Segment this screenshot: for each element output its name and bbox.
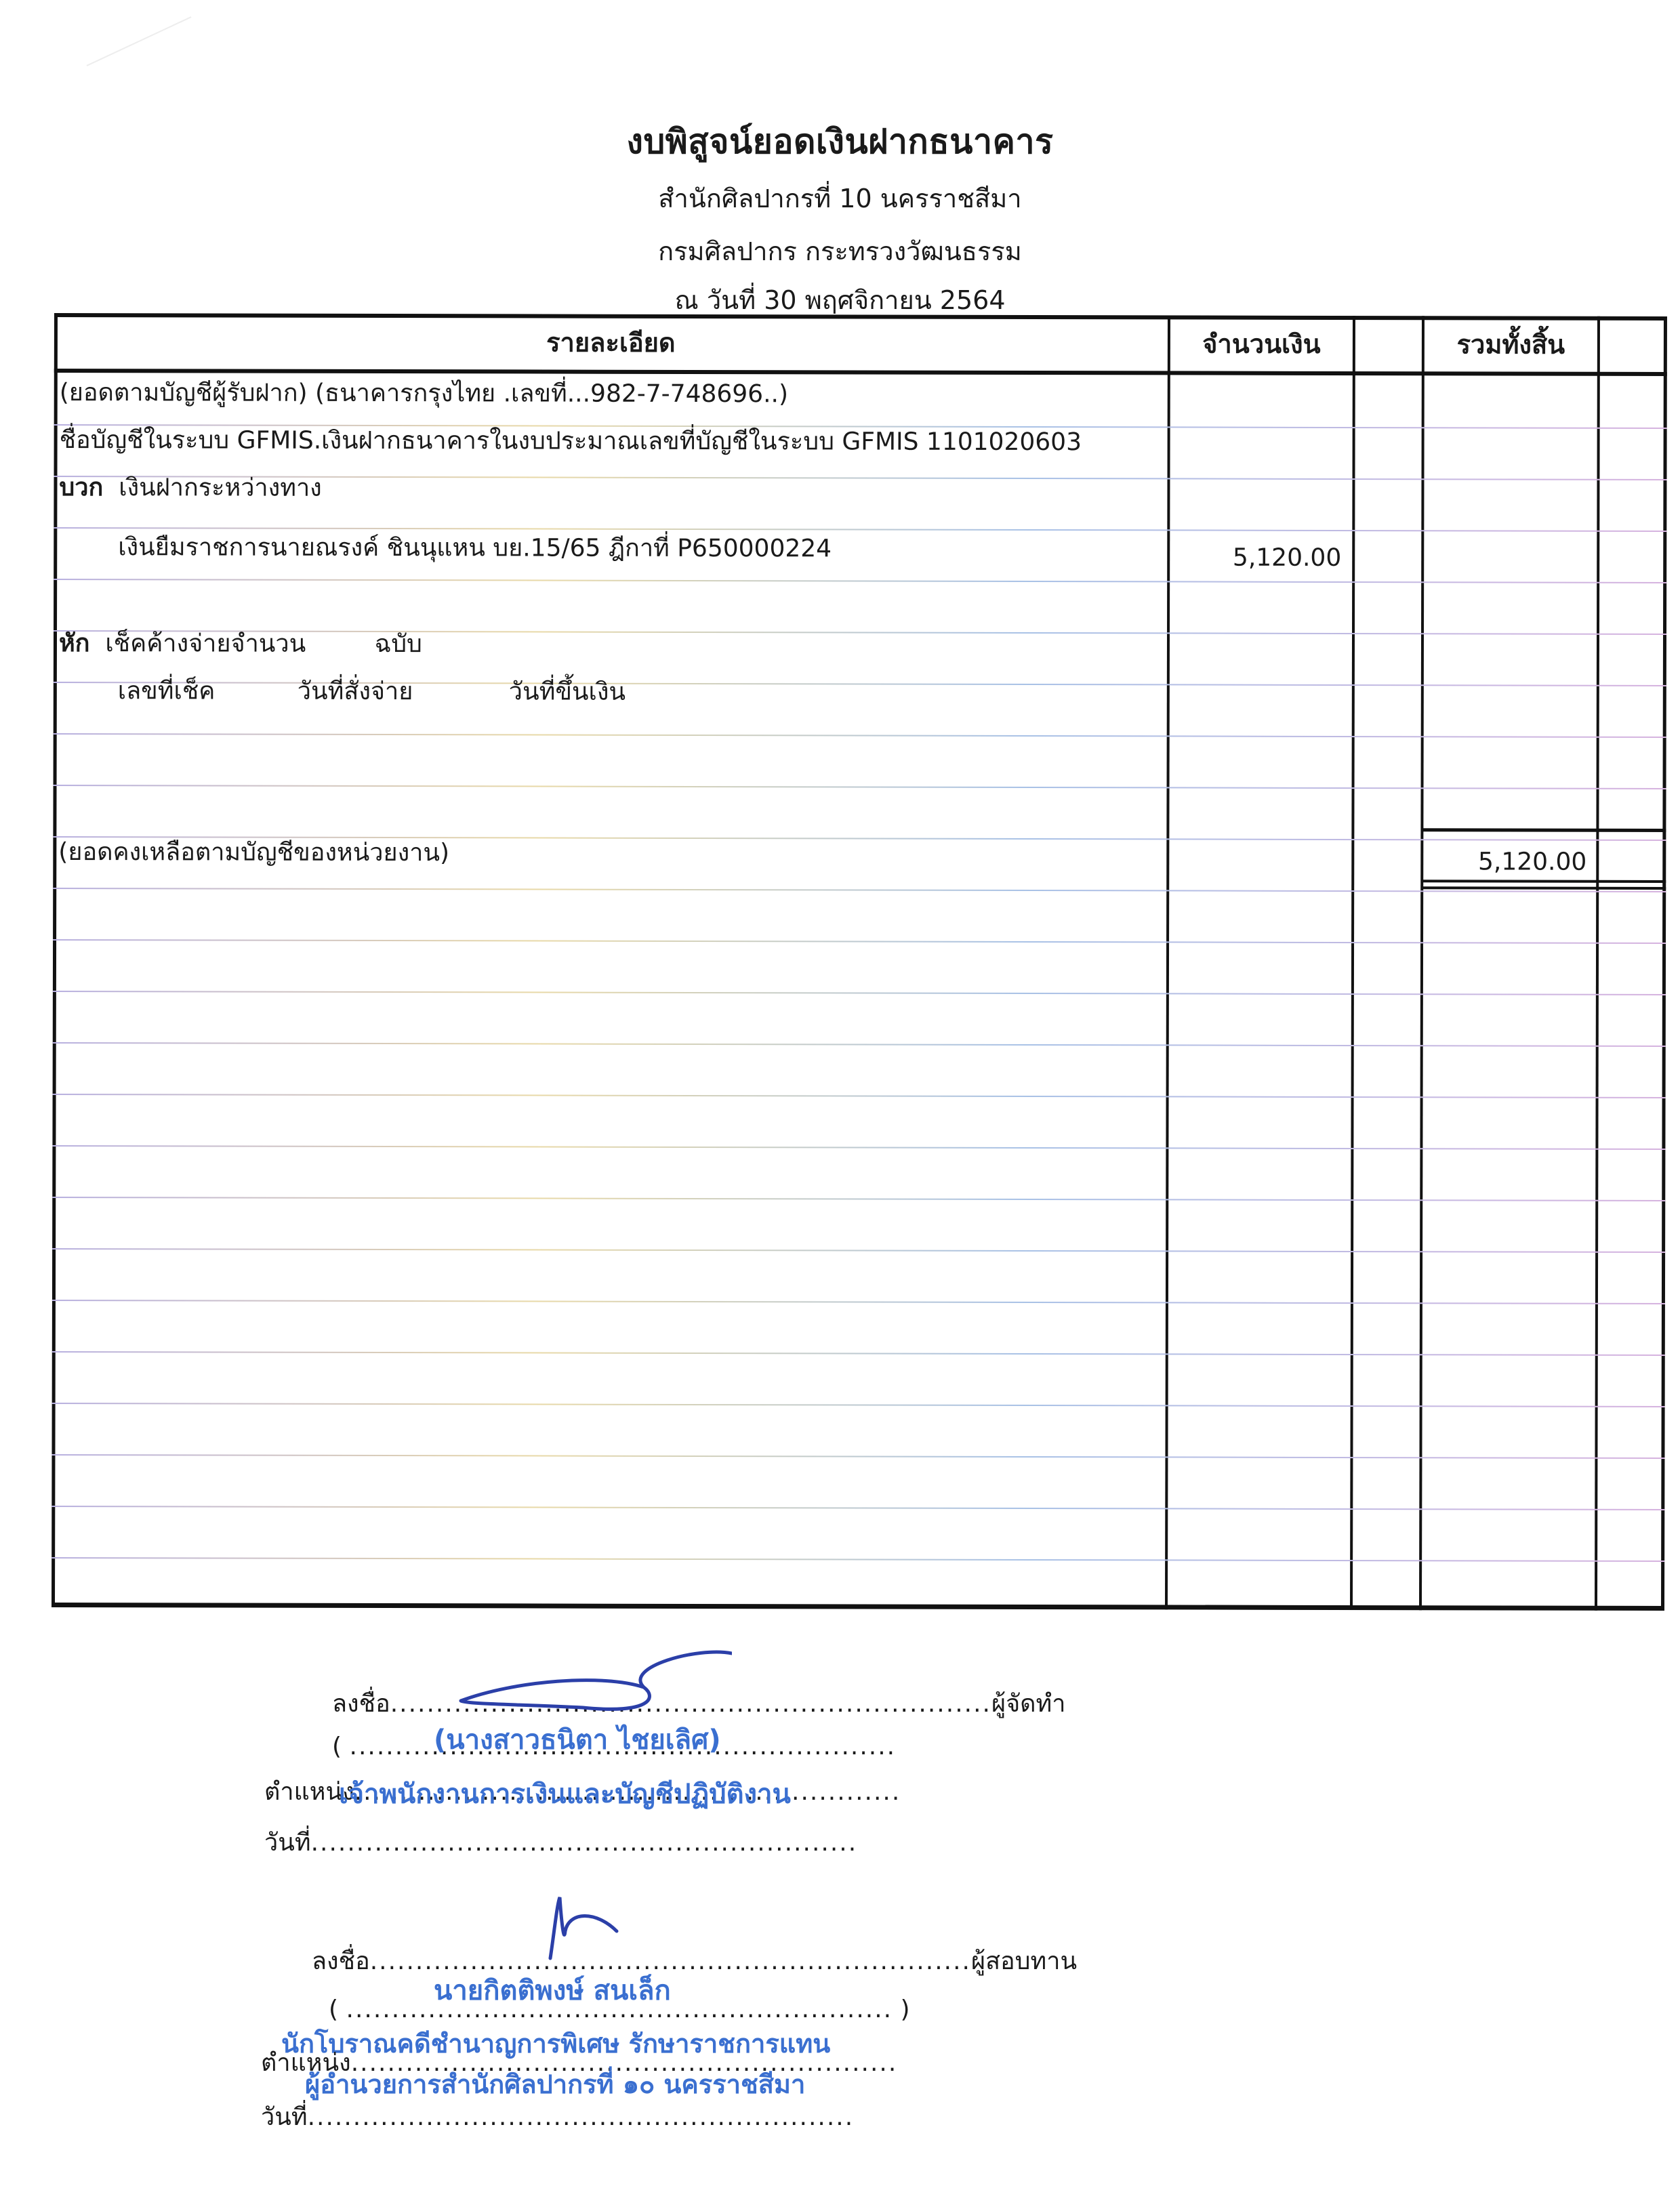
preparer-role: ผู้จัดทำ: [991, 1690, 1066, 1718]
reconciliation-table: รายละเอียด จำนวนเงิน รวมทั้งสิ้น (ยอดตาม…: [52, 313, 1667, 1611]
preparer-position-stamp: เจ้าพนักงานการเงินและบัญชีปฏิบัติงาน: [339, 1772, 791, 1815]
office-name: สำนักศิลปากรที่ 10 นครราชสีมา: [0, 178, 1680, 219]
header-details: รายละเอียด: [54, 313, 1168, 371]
add-text: เงินฝากระหว่างทาง: [119, 474, 322, 502]
bank-balance-line: (ยอดตามบัญชีผู้รับฝาก) (ธนาคารกรุงไทย .เ…: [60, 381, 788, 407]
add-label: บวก: [59, 474, 103, 501]
less-label: หัก: [59, 629, 90, 657]
reviewer-date-line: วันที่..................................…: [261, 2097, 854, 2136]
less-unit: ฉบับ: [375, 630, 422, 658]
reviewer-name-line: ( ......................................…: [329, 1996, 910, 2023]
check-columns: เลขที่เช็ค วันที่สั่งจ่าย วันที่ขึ้นเงิน: [118, 679, 626, 705]
total-top-rule: [1422, 828, 1666, 832]
total-double-rule-2: [1422, 886, 1666, 890]
reviewer-sign-line: ลงชื่อ..................................…: [312, 1941, 1077, 1980]
loan-amount: 5,120.00: [1172, 545, 1341, 571]
table-border: [52, 313, 1667, 1611]
check-number-label: เลขที่เช็ค: [118, 677, 216, 705]
gfmis-account-line: ชื่อบัญชีในระบบ GFMIS.เงินฝากธนาคารในงบป…: [60, 428, 1082, 455]
add-section: บวก เงินฝากระหว่างทาง: [59, 476, 321, 501]
preparer-name-stamp: (นางสาวธนิตา ไชยเลิศ): [434, 1718, 721, 1761]
order-date-label: วันที่สั่งจ่าย: [298, 678, 413, 705]
department-name: กรมศิลปากร กระทรวงวัฒนธรรม: [0, 230, 1680, 272]
preparer-signature: [380, 1640, 732, 1721]
total-double-rule-1: [1422, 880, 1666, 883]
header-total: รวมทั้งสิ้น: [1425, 316, 1597, 372]
cash-date-label: วันที่ขึ้นเงิน: [509, 678, 626, 705]
document-title: งบพิสูจน์ยอดเงินฝากธนาคาร: [0, 115, 1680, 169]
unit-balance-line: (ยอดคงเหลือตามบัญชีของหน่วยงาน): [58, 840, 449, 865]
reviewer-role: ผู้สอบทาน: [971, 1947, 1077, 1975]
less-text: เช็คค้างจ่ายจำนวน: [105, 629, 306, 658]
unit-balance-total: 5,120.00: [1425, 850, 1586, 874]
preparer-date-line: วันที่..................................…: [264, 1823, 857, 1861]
header-amount: จำนวนเงิน: [1170, 315, 1353, 371]
less-section: หัก เช็คค้างจ่ายจำนวน ฉบับ: [59, 632, 422, 657]
loan-item: เงินยืมราชการนายณรงค์ ชินนุแหน บย.15/65 …: [118, 535, 832, 561]
scan-artifact: [87, 16, 192, 66]
